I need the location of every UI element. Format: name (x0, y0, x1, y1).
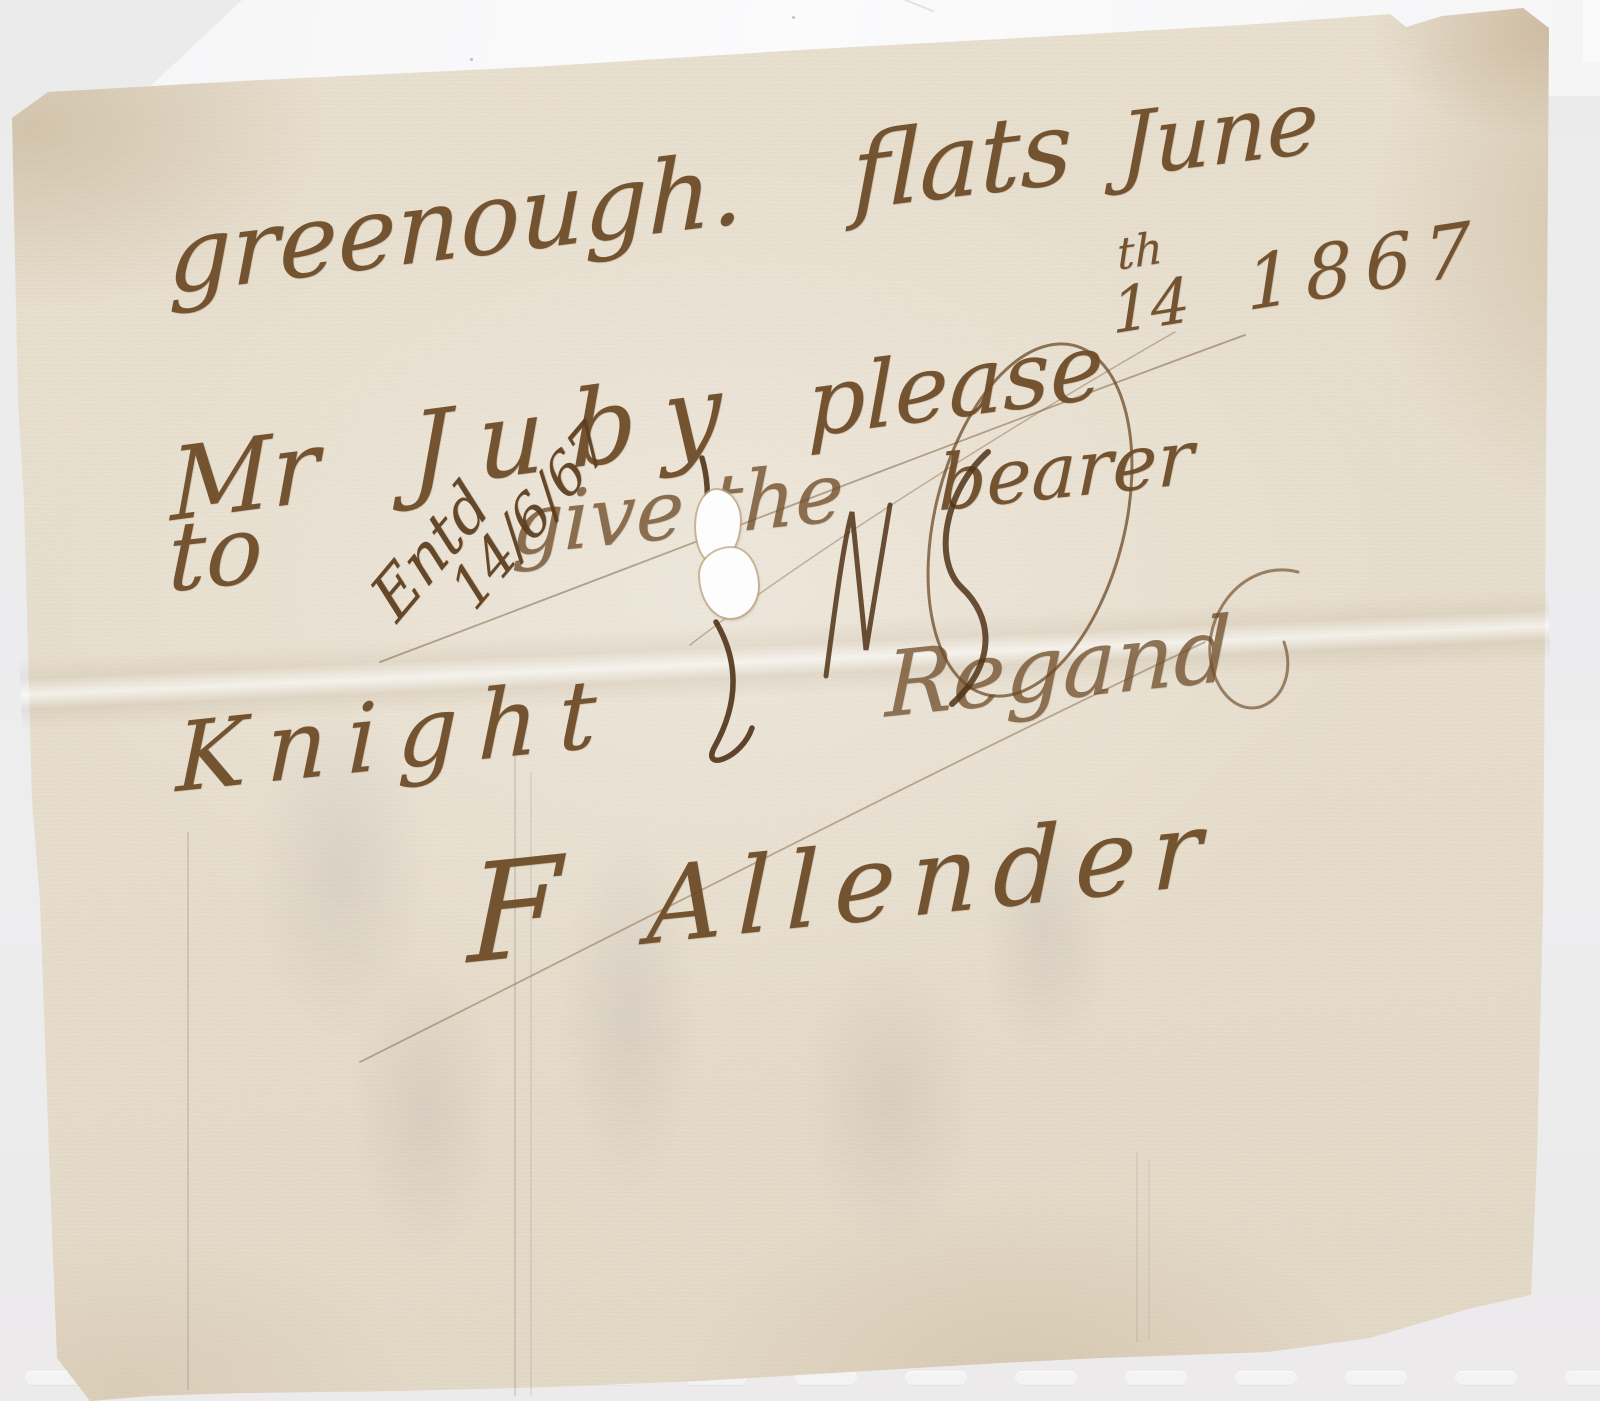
body-word-to: to (167, 502, 264, 608)
scanner-emboss-dash (1015, 1371, 1077, 1386)
scanner-emboss-dash (1125, 1371, 1187, 1386)
pencil-smudge (350, 960, 500, 1260)
pencil-rule-line (187, 832, 189, 1390)
scanner-emboss-dash (1345, 1371, 1407, 1386)
scanner-emboss-dash (905, 1371, 967, 1386)
pencil-smudge (800, 950, 980, 1250)
backing-sheet-edge (1583, 0, 1600, 62)
scanner-emboss-dash (1455, 1371, 1517, 1386)
dust-speck (792, 16, 795, 19)
dust-speck (470, 58, 473, 61)
place-word-2: flats (852, 97, 1073, 227)
scanner-emboss-dash (1565, 1371, 1600, 1386)
pencil-rule-line (1148, 1160, 1150, 1340)
scanned-document: greenough.flatsJune th 14 1867 MrJubyple… (0, 0, 1600, 1401)
signature-initial: F (467, 838, 563, 984)
scanner-emboss-dash (1235, 1371, 1297, 1386)
month-word: June (1119, 77, 1318, 190)
pencil-rule-line (1136, 1152, 1138, 1342)
day-number: 14 (1111, 269, 1191, 344)
